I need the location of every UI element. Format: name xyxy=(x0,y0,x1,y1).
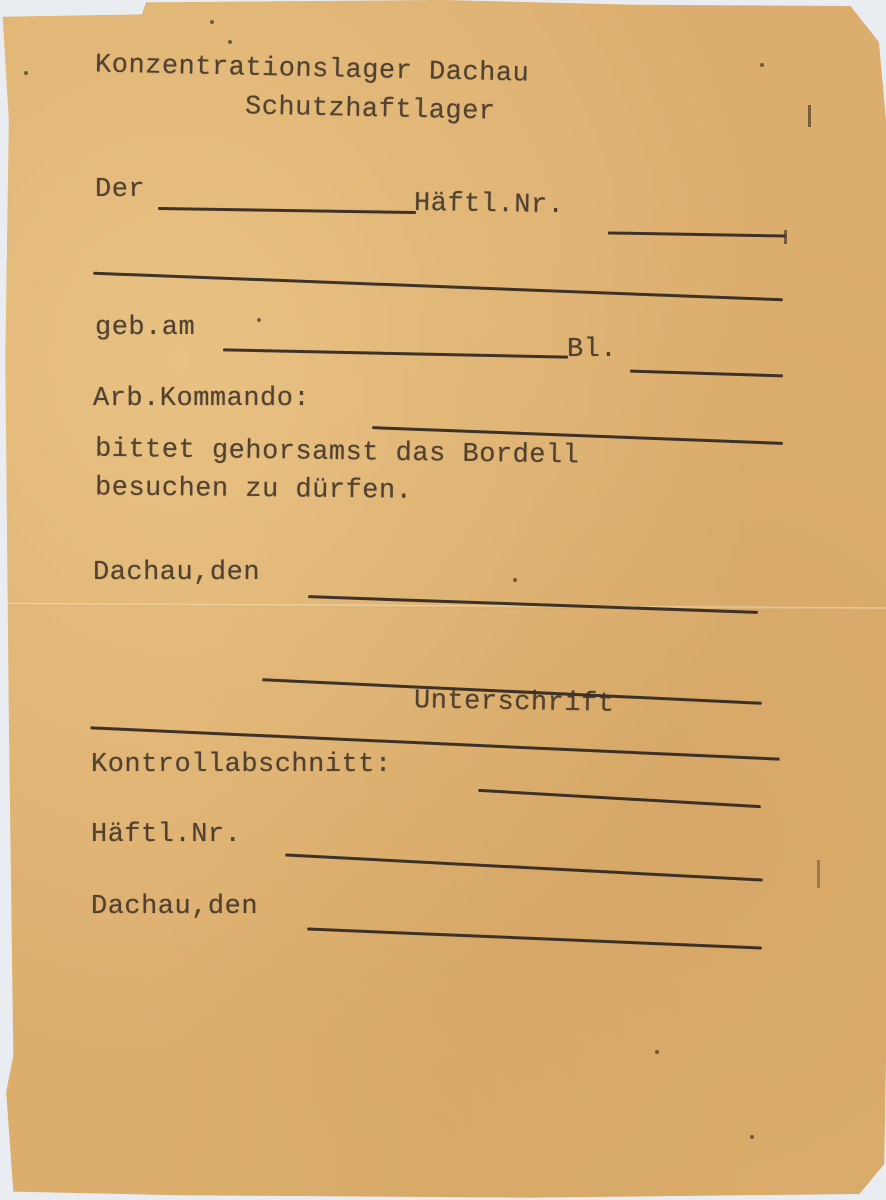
paper-mark xyxy=(808,105,811,127)
label-haeftl-nr: Häftl.Nr. xyxy=(414,189,565,221)
field-block-line[interactable] xyxy=(630,370,783,378)
paper-speck xyxy=(750,1135,754,1139)
paper-mark xyxy=(784,230,787,244)
field-name-line[interactable] xyxy=(158,207,416,214)
label-der: Der xyxy=(95,175,145,205)
field-control-haeftl-nr-line[interactable] xyxy=(285,853,763,881)
paper-speck xyxy=(760,63,764,67)
paper-speck xyxy=(24,71,28,75)
label-kontrollabschnitt: Kontrollabschnitt: xyxy=(91,750,392,780)
paper-speck xyxy=(127,5,131,9)
label-arb-kommando: Arb.Kommando: xyxy=(93,384,310,414)
paper-speck xyxy=(655,1050,659,1054)
paper-fold-crease xyxy=(0,603,886,611)
field-haeftl-nr-line[interactable] xyxy=(608,231,786,237)
field-control-date-line[interactable] xyxy=(307,927,762,949)
label-control-dachau-den: Dachau,den xyxy=(91,892,258,922)
paper-speck xyxy=(257,318,261,322)
paper-speck xyxy=(210,20,214,24)
document-paper: Konzentrationslager Dachau Schutzhaftlag… xyxy=(0,0,886,1200)
header-camp-name: Konzentrationslager Dachau xyxy=(95,50,530,89)
paper-speck xyxy=(513,578,517,582)
label-dachau-den: Dachau,den xyxy=(93,558,260,588)
label-control-haeftl-nr: Häftl.Nr. xyxy=(91,820,241,850)
paper-speck xyxy=(228,40,232,44)
label-unterschrift: Unterschrift xyxy=(414,686,615,719)
field-name-continuation-line[interactable] xyxy=(93,272,783,301)
body-text-line-1: bittet gehorsamst das Bordell xyxy=(95,435,580,472)
label-geb-am: geb.am xyxy=(95,313,195,343)
field-birthdate-line[interactable] xyxy=(223,348,568,358)
paper-mark xyxy=(817,860,820,888)
field-kontrollabschnitt-line[interactable] xyxy=(478,789,761,808)
header-subtitle: Schutzhaftlager xyxy=(245,92,496,127)
body-text-line-2: besuchen zu dürfen. xyxy=(95,473,413,506)
label-block: Bl. xyxy=(567,335,617,365)
